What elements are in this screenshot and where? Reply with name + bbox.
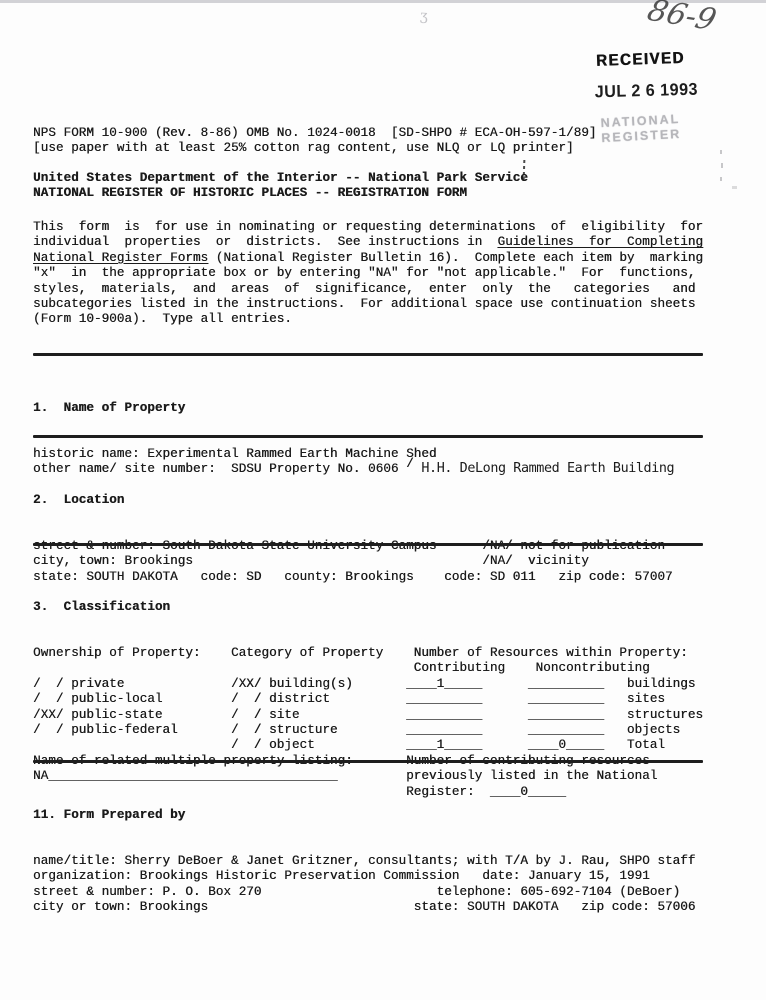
scan-speck [721, 163, 723, 168]
text-line: This form is for use in nominating or re… [33, 219, 703, 234]
text-line: Contributing Noncontributing [33, 660, 703, 675]
text-line: historic name: Experimental Rammed Earth… [33, 446, 674, 461]
text-line: styles, materials, and areas of signific… [33, 281, 703, 296]
scanned-document-page: 86-9 RECEIVED JUL 2 6 1993 NATIONAL REGI… [0, 0, 766, 1000]
scan-speck [720, 150, 722, 154]
received-stamp: RECEIVED [596, 49, 685, 70]
handwritten-note: 86-9 [643, 0, 720, 38]
text-line: Ownership of Property: Category of Prope… [33, 645, 703, 660]
text-line: city or town: Brookings state: SOUTH DAK… [33, 899, 695, 914]
section-1-title: 1. Name of Property [33, 400, 674, 415]
section-3-title: 3. Classification [33, 599, 703, 614]
text-line: / / object ____1_____ ____0_____ Total [33, 737, 703, 752]
text-line: [use paper with at least 25% cotton rag … [33, 140, 596, 155]
text-line: National Register Forms (National Regist… [33, 250, 703, 265]
text-line: individual properties or districts. See … [33, 234, 703, 249]
text-segment: individual properties or districts. See … [33, 234, 497, 249]
section-divider [33, 435, 703, 438]
date-received-stamp: JUL 2 6 1993 [594, 80, 698, 103]
text-segment: National Register Forms [33, 250, 208, 265]
text-line: organization: Brookings Historic Preserv… [33, 868, 695, 883]
text-line: subcategories listed in the instructions… [33, 296, 703, 311]
text-line: /XX/ public-state / / site __________ __… [33, 707, 703, 722]
section-divider [33, 543, 703, 546]
text-segment: (National Register Bulletin 16). Complet… [208, 250, 703, 265]
scan-speck [732, 186, 737, 189]
section-11-body: name/title: Sherry DeBoer & Janet Gritzn… [33, 853, 695, 915]
text-line: "x" in the appropriate box or by enterin… [33, 265, 703, 280]
section-divider [33, 760, 703, 763]
text-line: / / public-federal / / structure _______… [33, 722, 703, 737]
stamp-line: REGISTER [601, 127, 682, 146]
text-line: (Form 10-900a). Type all entries. [33, 311, 703, 326]
text-line: United States Department of the Interior… [33, 170, 528, 185]
text-line: NPS FORM 10-900 (Rev. 8-86) OMB No. 1024… [33, 125, 596, 140]
text-line: city, town: Brookings /NA/ vicinity [33, 553, 673, 568]
national-register-stamp: NATIONAL REGISTER [600, 112, 681, 146]
text-line: / / public-local / / district __________… [33, 691, 703, 706]
section-divider [33, 353, 703, 356]
text-segment: Guidelines for Completing [497, 234, 703, 249]
agency-and-form-title: United States Department of the Interior… [33, 170, 528, 201]
section-11-form-prepared-by: 11. Form Prepared by name/title: Sherry … [33, 776, 695, 945]
scan-speck [720, 177, 722, 181]
text-line: street & number: P. O. Box 270 telephone… [33, 884, 695, 899]
text-line: / / private /XX/ building(s) ____1_____ … [33, 676, 703, 691]
section-11-title: 11. Form Prepared by [33, 807, 695, 822]
section-2-title: 2. Location [33, 492, 673, 507]
scan-artifact-mark: ʒ [419, 8, 428, 25]
form-number-header: NPS FORM 10-900 (Rev. 8-86) OMB No. 1024… [33, 125, 596, 156]
instructions-paragraph: This form is for use in nominating or re… [33, 219, 703, 327]
text-line: NATIONAL REGISTER OF HISTORIC PLACES -- … [33, 185, 528, 200]
text-line: name/title: Sherry DeBoer & Janet Gritzn… [33, 853, 695, 868]
